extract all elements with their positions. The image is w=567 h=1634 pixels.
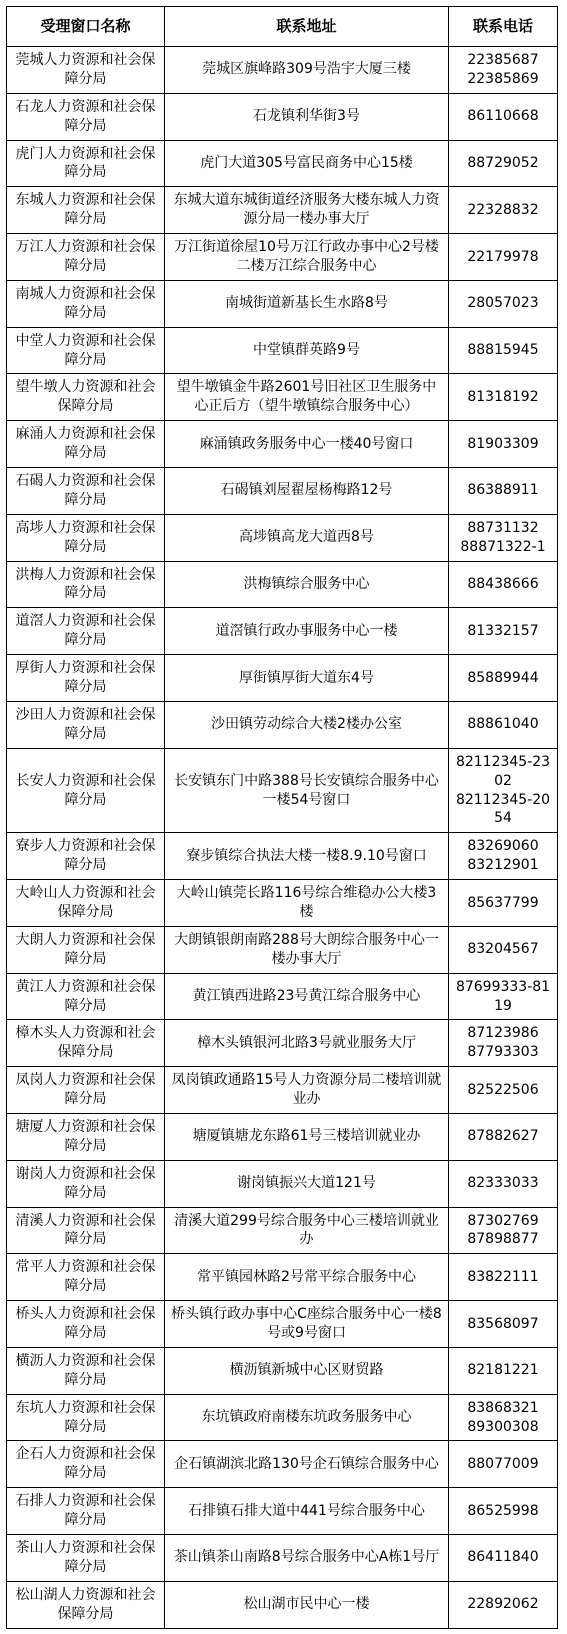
phone-number: 87793303 bbox=[455, 1043, 551, 1062]
address-cell: 万江街道徐屋10号万江行政办事中心2号楼二楼万江综合服务中心 bbox=[165, 234, 449, 281]
phone-cell: 86110668 bbox=[449, 93, 558, 140]
phone-number: 88861040 bbox=[455, 715, 551, 734]
window-name-cell: 高埗人力资源和社会保障分局 bbox=[7, 514, 165, 561]
address-cell: 清溪大道299号综合服务中心三楼培训就业办 bbox=[165, 1207, 449, 1254]
phone-number: 88871322-1 bbox=[455, 538, 551, 557]
phone-cell: 82181221 bbox=[449, 1347, 558, 1394]
phone-cell: 8326906083212901 bbox=[449, 833, 558, 880]
window-name-cell: 南城人力资源和社会保障分局 bbox=[7, 280, 165, 327]
contact-table-body: 莞城人力资源和社会保障分局莞城区旗峰路309号浩宇大厦三楼22385687223… bbox=[7, 47, 558, 1629]
phone-number: 82333033 bbox=[455, 1174, 551, 1193]
phone-cell: 86525998 bbox=[449, 1488, 558, 1535]
window-name-cell: 茶山人力资源和社会保障分局 bbox=[7, 1535, 165, 1582]
window-name-cell: 松山湖人力资源和社会保障分局 bbox=[7, 1581, 165, 1628]
phone-number: 86388911 bbox=[455, 481, 551, 500]
phone-number: 83204567 bbox=[455, 940, 551, 959]
window-name-cell: 麻涌人力资源和社会保障分局 bbox=[7, 421, 165, 468]
address-cell: 桥头镇行政办事中心C座综合服务中心一楼8号或9号窗口 bbox=[165, 1301, 449, 1348]
table-row: 虎门人力资源和社会保障分局虎门大道305号富民商务中心15楼88729052 bbox=[7, 140, 558, 187]
phone-cell: 88815945 bbox=[449, 327, 558, 374]
address-cell: 石龙镇利华街3号 bbox=[165, 93, 449, 140]
table-row: 莞城人力资源和社会保障分局莞城区旗峰路309号浩宇大厦三楼22385687223… bbox=[7, 47, 558, 94]
address-cell: 樟木头镇银河北路3号就业服务大厅 bbox=[165, 1020, 449, 1067]
address-cell: 常平镇园林路2号常平综合服务中心 bbox=[165, 1254, 449, 1301]
window-name-cell: 谢岗人力资源和社会保障分局 bbox=[7, 1160, 165, 1207]
window-name-cell: 万江人力资源和社会保障分局 bbox=[7, 234, 165, 281]
address-cell: 寮步镇综合执法大楼一楼8.9.10号窗口 bbox=[165, 833, 449, 880]
address-cell: 大岭山镇莞长路116号综合维稳办公大楼3楼 bbox=[165, 880, 449, 927]
address-cell: 高埗镇高龙大道西8号 bbox=[165, 514, 449, 561]
window-name-cell: 望牛墩人力资源和社会保障分局 bbox=[7, 374, 165, 421]
window-name-cell: 沙田人力资源和社会保障分局 bbox=[7, 701, 165, 748]
address-cell: 中堂镇群英路9号 bbox=[165, 327, 449, 374]
phone-cell: 83822111 bbox=[449, 1254, 558, 1301]
phone-cell: 22328832 bbox=[449, 187, 558, 234]
table-row: 黄江人力资源和社会保障分局黄江镇西进路23号黄江综合服务中心87699333-8… bbox=[7, 973, 558, 1020]
phone-cell: 82522506 bbox=[449, 1067, 558, 1114]
phone-cell: 81318192 bbox=[449, 374, 558, 421]
table-row: 望牛墩人力资源和社会保障分局望牛墩镇金牛路2601号旧社区卫生服务中心正后方（望… bbox=[7, 374, 558, 421]
window-name-cell: 凤岗人力资源和社会保障分局 bbox=[7, 1067, 165, 1114]
table-row: 长安人力资源和社会保障分局长安镇东门中路388号长安镇综合服务中心一楼54号窗口… bbox=[7, 748, 558, 833]
phone-number: 22385869 bbox=[455, 70, 551, 89]
phone-number: 85637799 bbox=[455, 894, 551, 913]
address-cell: 黄江镇西进路23号黄江综合服务中心 bbox=[165, 973, 449, 1020]
address-cell: 茶山镇茶山南路8号综合服务中心A栋1号厅 bbox=[165, 1535, 449, 1582]
phone-number: 86525998 bbox=[455, 1502, 551, 1521]
table-row: 中堂人力资源和社会保障分局中堂镇群英路9号88815945 bbox=[7, 327, 558, 374]
phone-number: 81903309 bbox=[455, 435, 551, 454]
table-row: 茶山人力资源和社会保障分局茶山镇茶山南路8号综合服务中心A栋1号厅8641184… bbox=[7, 1535, 558, 1582]
phone-cell: 83204567 bbox=[449, 926, 558, 973]
table-row: 松山湖人力资源和社会保障分局松山湖市民中心一楼22892062 bbox=[7, 1581, 558, 1628]
window-name-cell: 洪梅人力资源和社会保障分局 bbox=[7, 561, 165, 608]
phone-number: 83822111 bbox=[455, 1268, 551, 1287]
window-name-cell: 企石人力资源和社会保障分局 bbox=[7, 1441, 165, 1488]
phone-number: 22179978 bbox=[455, 248, 551, 267]
window-name-cell: 寮步人力资源和社会保障分局 bbox=[7, 833, 165, 880]
phone-cell: 87699333-8119 bbox=[449, 973, 558, 1020]
phone-number: 87123986 bbox=[455, 1024, 551, 1043]
address-cell: 莞城区旗峰路309号浩宇大厦三楼 bbox=[165, 47, 449, 94]
phone-number: 88815945 bbox=[455, 341, 551, 360]
col-header-address: 联系地址 bbox=[165, 7, 449, 47]
phone-number: 85889944 bbox=[455, 669, 551, 688]
phone-cell: 83568097 bbox=[449, 1301, 558, 1348]
address-cell: 洪梅镇综合服务中心 bbox=[165, 561, 449, 608]
window-name-cell: 石碣人力资源和社会保障分局 bbox=[7, 468, 165, 515]
phone-cell: 81903309 bbox=[449, 421, 558, 468]
address-cell: 望牛墩镇金牛路2601号旧社区卫生服务中心正后方（望牛墩镇综合服务中心） bbox=[165, 374, 449, 421]
phone-cell: 22892062 bbox=[449, 1581, 558, 1628]
address-cell: 松山湖市民中心一楼 bbox=[165, 1581, 449, 1628]
table-row: 沙田人力资源和社会保障分局沙田镇劳动综合大楼2楼办公室88861040 bbox=[7, 701, 558, 748]
phone-cell: 8873113288871322-1 bbox=[449, 514, 558, 561]
phone-number: 83868321 bbox=[455, 1399, 551, 1418]
address-cell: 麻涌镇政务服务中心一楼40号窗口 bbox=[165, 421, 449, 468]
address-cell: 东城大道东城街道经济服务大楼东城人力资源分局一楼办事大厅 bbox=[165, 187, 449, 234]
phone-number: 81332157 bbox=[455, 622, 551, 641]
table-row: 石龙人力资源和社会保障分局石龙镇利华街3号86110668 bbox=[7, 93, 558, 140]
phone-cell: 8730276987898877 bbox=[449, 1207, 558, 1254]
phone-number: 82112345-2054 bbox=[455, 791, 551, 829]
table-row: 高埗人力资源和社会保障分局高埗镇高龙大道西8号8873113288871322-… bbox=[7, 514, 558, 561]
phone-cell: 88438666 bbox=[449, 561, 558, 608]
table-row: 樟木头人力资源和社会保障分局樟木头镇银河北路3号就业服务大厅8712398687… bbox=[7, 1020, 558, 1067]
window-name-cell: 塘厦人力资源和社会保障分局 bbox=[7, 1113, 165, 1160]
table-row: 企石人力资源和社会保障分局企石镇湖滨北路130号企石镇综合服务中心8807700… bbox=[7, 1441, 558, 1488]
phone-cell: 88861040 bbox=[449, 701, 558, 748]
window-name-cell: 长安人力资源和社会保障分局 bbox=[7, 748, 165, 833]
phone-cell: 22179978 bbox=[449, 234, 558, 281]
phone-cell: 2238568722385869 bbox=[449, 47, 558, 94]
address-cell: 沙田镇劳动综合大楼2楼办公室 bbox=[165, 701, 449, 748]
table-row: 石排人力资源和社会保障分局石排镇石排大道中441号综合服务中心86525998 bbox=[7, 1488, 558, 1535]
address-cell: 石排镇石排大道中441号综合服务中心 bbox=[165, 1488, 449, 1535]
header-row: 受理窗口名称 联系地址 联系电话 bbox=[7, 7, 558, 47]
table-row: 塘厦人力资源和社会保障分局塘厦镇塘龙东路61号三楼培训就业办87882627 bbox=[7, 1113, 558, 1160]
address-cell: 东坑镇政府南楼东坑政务服务中心 bbox=[165, 1394, 449, 1441]
table-row: 桥头人力资源和社会保障分局桥头镇行政办事中心C座综合服务中心一楼8号或9号窗口8… bbox=[7, 1301, 558, 1348]
table-row: 麻涌人力资源和社会保障分局麻涌镇政务服务中心一楼40号窗口81903309 bbox=[7, 421, 558, 468]
window-name-cell: 东城人力资源和社会保障分局 bbox=[7, 187, 165, 234]
phone-cell: 82333033 bbox=[449, 1160, 558, 1207]
phone-number: 87898877 bbox=[455, 1230, 551, 1249]
phone-number: 87302769 bbox=[455, 1212, 551, 1231]
phone-cell: 86411840 bbox=[449, 1535, 558, 1582]
table-row: 常平人力资源和社会保障分局常平镇园林路2号常平综合服务中心83822111 bbox=[7, 1254, 558, 1301]
address-cell: 谢岗镇振兴大道121号 bbox=[165, 1160, 449, 1207]
col-header-phone: 联系电话 bbox=[449, 7, 558, 47]
phone-number: 86411840 bbox=[455, 1548, 551, 1567]
address-cell: 南城街道新基长生水路8号 bbox=[165, 280, 449, 327]
table-row: 厚街人力资源和社会保障分局厚街镇厚街大道东4号85889944 bbox=[7, 655, 558, 702]
phone-number: 22385687 bbox=[455, 51, 551, 70]
address-cell: 塘厦镇塘龙东路61号三楼培训就业办 bbox=[165, 1113, 449, 1160]
table-row: 横沥人力资源和社会保障分局横沥镇新城中心区财贸路82181221 bbox=[7, 1347, 558, 1394]
window-name-cell: 常平人力资源和社会保障分局 bbox=[7, 1254, 165, 1301]
phone-number: 87699333-8119 bbox=[455, 978, 551, 1016]
table-row: 东城人力资源和社会保障分局东城大道东城街道经济服务大楼东城人力资源分局一楼办事大… bbox=[7, 187, 558, 234]
col-header-window-name: 受理窗口名称 bbox=[7, 7, 165, 47]
window-name-cell: 厚街人力资源和社会保障分局 bbox=[7, 655, 165, 702]
phone-cell: 8386832189300308 bbox=[449, 1394, 558, 1441]
phone-cell: 86388911 bbox=[449, 468, 558, 515]
address-cell: 厚街镇厚街大道东4号 bbox=[165, 655, 449, 702]
phone-number: 89300308 bbox=[455, 1418, 551, 1437]
phone-cell: 88077009 bbox=[449, 1441, 558, 1488]
contact-table-header: 受理窗口名称 联系地址 联系电话 bbox=[7, 7, 558, 47]
phone-number: 88729052 bbox=[455, 154, 551, 173]
window-name-cell: 道滘人力资源和社会保障分局 bbox=[7, 608, 165, 655]
phone-cell: 8712398687793303 bbox=[449, 1020, 558, 1067]
phone-cell: 85637799 bbox=[449, 880, 558, 927]
phone-number: 86110668 bbox=[455, 107, 551, 126]
phone-cell: 88729052 bbox=[449, 140, 558, 187]
phone-number: 82522506 bbox=[455, 1081, 551, 1100]
window-name-cell: 樟木头人力资源和社会保障分局 bbox=[7, 1020, 165, 1067]
address-cell: 虎门大道305号富民商务中心15楼 bbox=[165, 140, 449, 187]
phone-cell: 87882627 bbox=[449, 1113, 558, 1160]
table-row: 石碣人力资源和社会保障分局石碣镇刘屋翟屋杨梅路12号86388911 bbox=[7, 468, 558, 515]
phone-number: 82112345-2302 bbox=[455, 753, 551, 791]
table-row: 大朗人力资源和社会保障分局大朗镇银朗南路288号大朗综合服务中心一楼办事大厅83… bbox=[7, 926, 558, 973]
address-cell: 大朗镇银朗南路288号大朗综合服务中心一楼办事大厅 bbox=[165, 926, 449, 973]
phone-cell: 85889944 bbox=[449, 655, 558, 702]
window-name-cell: 东坑人力资源和社会保障分局 bbox=[7, 1394, 165, 1441]
address-cell: 横沥镇新城中心区财贸路 bbox=[165, 1347, 449, 1394]
window-name-cell: 莞城人力资源和社会保障分局 bbox=[7, 47, 165, 94]
phone-number: 22892062 bbox=[455, 1595, 551, 1614]
phone-number: 83269060 bbox=[455, 837, 551, 856]
phone-number: 83212901 bbox=[455, 856, 551, 875]
table-row: 东坑人力资源和社会保障分局东坑镇政府南楼东坑政务服务中心838683218930… bbox=[7, 1394, 558, 1441]
table-row: 寮步人力资源和社会保障分局寮步镇综合执法大楼一楼8.9.10号窗口8326906… bbox=[7, 833, 558, 880]
phone-number: 22328832 bbox=[455, 201, 551, 220]
window-name-cell: 大朗人力资源和社会保障分局 bbox=[7, 926, 165, 973]
table-row: 南城人力资源和社会保障分局南城街道新基长生水路8号28057023 bbox=[7, 280, 558, 327]
window-name-cell: 黄江人力资源和社会保障分局 bbox=[7, 973, 165, 1020]
window-name-cell: 清溪人力资源和社会保障分局 bbox=[7, 1207, 165, 1254]
phone-number: 28057023 bbox=[455, 294, 551, 313]
window-name-cell: 虎门人力资源和社会保障分局 bbox=[7, 140, 165, 187]
phone-number: 88077009 bbox=[455, 1455, 551, 1474]
phone-cell: 82112345-230282112345-2054 bbox=[449, 748, 558, 833]
phone-number: 88438666 bbox=[455, 575, 551, 594]
table-row: 谢岗人力资源和社会保障分局谢岗镇振兴大道121号82333033 bbox=[7, 1160, 558, 1207]
address-cell: 企石镇湖滨北路130号企石镇综合服务中心 bbox=[165, 1441, 449, 1488]
window-name-cell: 横沥人力资源和社会保障分局 bbox=[7, 1347, 165, 1394]
address-cell: 石碣镇刘屋翟屋杨梅路12号 bbox=[165, 468, 449, 515]
window-name-cell: 大岭山人力资源和社会保障分局 bbox=[7, 880, 165, 927]
window-name-cell: 石龙人力资源和社会保障分局 bbox=[7, 93, 165, 140]
phone-number: 82181221 bbox=[455, 1361, 551, 1380]
window-name-cell: 中堂人力资源和社会保障分局 bbox=[7, 327, 165, 374]
address-cell: 长安镇东门中路388号长安镇综合服务中心一楼54号窗口 bbox=[165, 748, 449, 833]
address-cell: 凤岗镇政通路15号人力资源分局二楼培训就业办 bbox=[165, 1067, 449, 1114]
table-row: 凤岗人力资源和社会保障分局凤岗镇政通路15号人力资源分局二楼培训就业办82522… bbox=[7, 1067, 558, 1114]
window-name-cell: 桥头人力资源和社会保障分局 bbox=[7, 1301, 165, 1348]
table-row: 大岭山人力资源和社会保障分局大岭山镇莞长路116号综合维稳办公大楼3楼85637… bbox=[7, 880, 558, 927]
phone-cell: 81332157 bbox=[449, 608, 558, 655]
phone-cell: 28057023 bbox=[449, 280, 558, 327]
phone-number: 88731132 bbox=[455, 519, 551, 538]
table-row: 清溪人力资源和社会保障分局清溪大道299号综合服务中心三楼培训就业办873027… bbox=[7, 1207, 558, 1254]
phone-number: 81318192 bbox=[455, 388, 551, 407]
table-row: 万江人力资源和社会保障分局万江街道徐屋10号万江行政办事中心2号楼二楼万江综合服… bbox=[7, 234, 558, 281]
window-name-cell: 石排人力资源和社会保障分局 bbox=[7, 1488, 165, 1535]
address-cell: 道滘镇行政办事服务中心一楼 bbox=[165, 608, 449, 655]
table-row: 道滘人力资源和社会保障分局道滘镇行政办事服务中心一楼81332157 bbox=[7, 608, 558, 655]
phone-number: 87882627 bbox=[455, 1127, 551, 1146]
table-row: 洪梅人力资源和社会保障分局洪梅镇综合服务中心88438666 bbox=[7, 561, 558, 608]
contact-table: 受理窗口名称 联系地址 联系电话 莞城人力资源和社会保障分局莞城区旗峰路309号… bbox=[6, 6, 558, 1629]
page: 受理窗口名称 联系地址 联系电话 莞城人力资源和社会保障分局莞城区旗峰路309号… bbox=[0, 0, 567, 1634]
phone-number: 83568097 bbox=[455, 1315, 551, 1334]
